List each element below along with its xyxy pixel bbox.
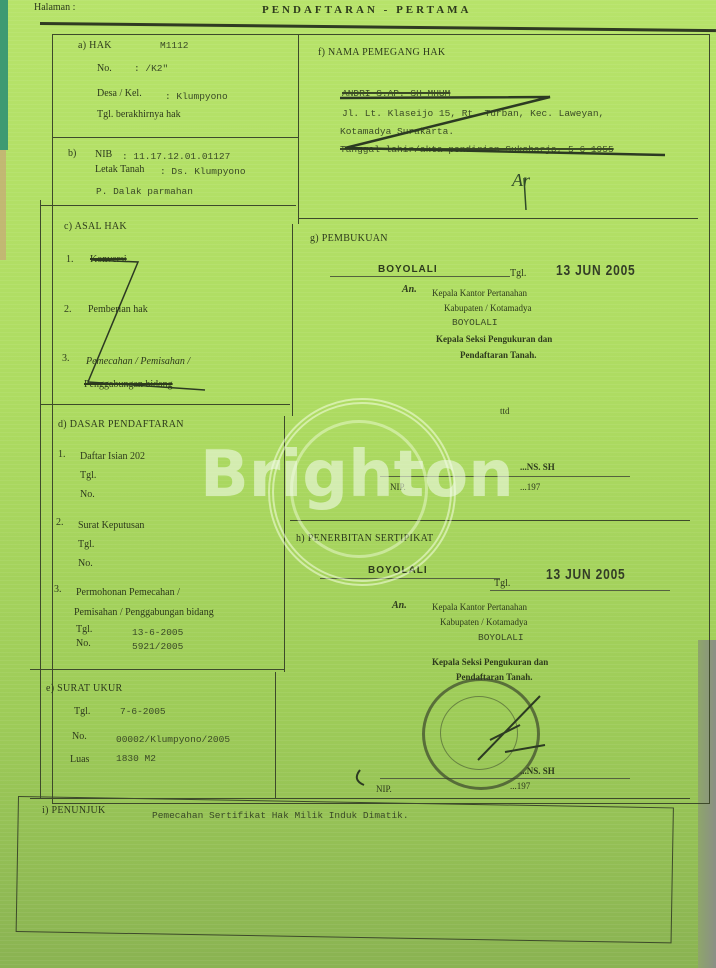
position-line-1: Kepala Seksi Pengukuran dan — [436, 334, 552, 344]
penerbitan-nip-label: NIP. — [376, 784, 392, 794]
pembukuan-city: BOYOLALI — [378, 264, 438, 275]
holder-initial: Ar — [512, 170, 530, 191]
top-rule — [40, 22, 716, 32]
signed-marker: ttd — [500, 406, 510, 416]
section-e-heading: e) SURAT UKUR — [46, 683, 123, 694]
column-divider — [298, 34, 299, 224]
dasar-num: 3. — [54, 584, 62, 595]
section-divider — [30, 669, 284, 670]
section-b-marker: b) — [68, 148, 76, 159]
su-luas-value: 1830 M2 — [116, 753, 156, 764]
background-edge — [0, 150, 6, 260]
asal-hak-item: Pemberian hak — [88, 304, 148, 315]
letak-value-2: P. Dalak parmahan — [96, 186, 193, 197]
desa-label: Desa / Kel. — [97, 88, 142, 99]
section-divider — [30, 798, 690, 799]
asal-hak-num: 1. — [66, 254, 74, 265]
office-line-1: Kepala Kantor Pertanahan — [432, 288, 527, 298]
dotted-line — [490, 590, 670, 591]
asal-hak-num: 3. — [62, 353, 70, 364]
tgl-berakhir-label: Tgl. berakhirnya hak — [97, 109, 181, 120]
asal-hak-num: 2. — [64, 304, 72, 315]
column-divider — [292, 224, 293, 416]
position-line-1: Kepala Seksi Pengukuran dan — [432, 657, 548, 667]
su-tgl-value: 7-6-2005 — [120, 706, 166, 717]
document-title: PENDAFTARAN - PERTAMA — [262, 4, 471, 16]
nib-label: NIB — [95, 149, 112, 160]
position-line-2: Pendaftaran Tanah. — [460, 350, 537, 360]
background-edge — [0, 0, 8, 150]
holder-address: Jl. Lt. Klaseijo 15, Rt. Turban, Kec. La… — [342, 108, 604, 119]
su-luas-label: Luas — [70, 754, 89, 765]
penerbitan-tgl-label: Tgl. — [494, 578, 510, 589]
dasar-num: 2. — [56, 517, 64, 528]
watermark: Brighton — [200, 438, 514, 512]
dasar-tgl-value: 13-6-2005 — [132, 627, 183, 638]
no-value: : /K2" — [134, 63, 168, 74]
dasar-no-label: No. — [78, 558, 93, 569]
dasar-tgl-label: Tgl. — [80, 470, 96, 481]
office-city: BOYOLALI — [452, 317, 498, 328]
penunjuk-value: Pemecahan Sertifikat Hak Milik Induk Dim… — [152, 810, 409, 821]
pembukuan-nip-value: ...197 — [520, 482, 540, 492]
section-g-heading: g) PEMBUKUAN — [310, 233, 388, 244]
desa-value: : Klumpyono — [165, 91, 228, 102]
pembukuan-tgl-label: Tgl. — [510, 268, 526, 279]
section-divider — [298, 218, 698, 219]
penerbitan-nip-value: ...197 — [510, 781, 530, 791]
penerbitan-date: 13 JUN 2005 — [546, 566, 626, 583]
office-line-1: Kepala Kantor Pertanahan — [432, 602, 527, 612]
asal-hak-item: Pemecahan / Pemisahan / — [86, 356, 190, 367]
letak-value: : Ds. Klumpyono — [160, 166, 246, 177]
dasar-tgl-label: Tgl. — [76, 624, 92, 635]
dasar-no-label: No. — [80, 489, 95, 500]
section-a-heading: a) HAK — [78, 40, 112, 51]
dasar-tgl-label: Tgl. — [78, 539, 94, 550]
section-c-heading: c) ASAL HAK — [64, 221, 127, 232]
su-no-label: No. — [72, 731, 87, 742]
section-d-heading: d) DASAR PENDAFTARAN — [58, 419, 184, 430]
office-line-2: Kabupaten / Kotamadya — [440, 617, 527, 627]
dotted-line — [330, 276, 510, 277]
pembukuan-date: 13 JUN 2005 — [556, 262, 636, 279]
office-city: BOYOLALI — [478, 632, 524, 643]
dasar-no-label: No. — [76, 638, 91, 649]
section-i-heading: i) PENUNJUK — [42, 805, 106, 816]
pembukuan-official-name: ...NS. SH — [520, 462, 555, 472]
column-divider — [40, 200, 41, 798]
section-divider — [40, 205, 296, 206]
dasar-num: 1. — [58, 449, 66, 460]
section-divider — [52, 137, 298, 138]
office-stamp-inner — [440, 696, 518, 770]
su-tgl-label: Tgl. — [74, 706, 90, 717]
nib-value: : 11.17.12.01.01127 — [122, 151, 230, 162]
page-label: Halaman : — [34, 2, 75, 13]
an-marker: An. — [392, 600, 407, 611]
column-divider — [275, 672, 276, 798]
su-no-value: 00002/Klumpyono/2005 — [116, 734, 230, 745]
no-label: No. — [97, 63, 112, 74]
section-f-heading: f) NAMA PEMEGANG HAK — [318, 47, 445, 58]
hak-value: M1112 — [160, 40, 189, 51]
office-line-2: Kabupaten / Kotamadya — [444, 303, 531, 313]
dasar-item: Surat Keputusan — [78, 520, 144, 531]
holder-address-2: Kotamadya Surakarta. — [340, 126, 454, 137]
asal-hak-item: Penggabungan bidang — [84, 379, 173, 390]
dasar-no-value: 5921/2005 — [132, 641, 183, 652]
an-marker: An. — [402, 284, 417, 295]
section-divider — [40, 404, 290, 405]
letak-label: Letak Tanah — [95, 164, 144, 175]
holder-name-struck: ANDRI S.AP. SH MHUM — [342, 88, 450, 99]
dasar-item-2: Pemisahan / Penggabungan bidang — [74, 607, 214, 618]
asal-hak-item: Konversi — [90, 254, 127, 265]
holder-birth-struck: Tanggal lahir/akta pendirian Sukoharjo, … — [340, 144, 614, 155]
dasar-item: Permohonan Pemecahan / — [76, 587, 180, 598]
dasar-item: Daftar Isian 202 — [80, 451, 145, 462]
